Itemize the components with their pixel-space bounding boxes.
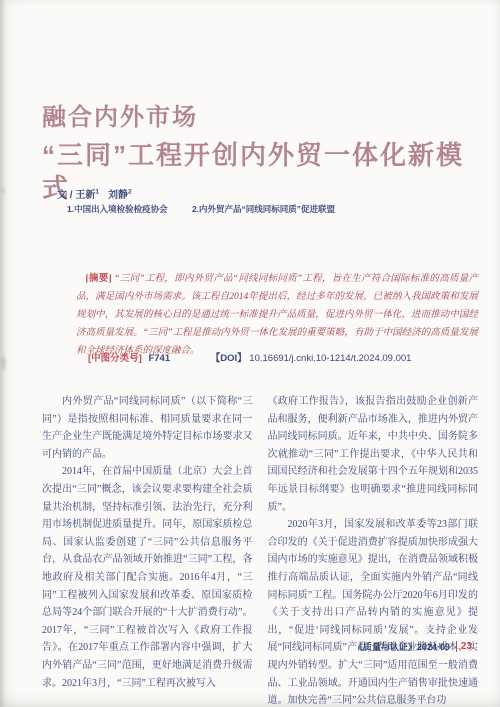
right-column: 《政府工作报告》，该报告指出鼓励企业创新产品和服务，便利新产品市场准入，推进内外… <box>268 393 479 707</box>
body-paragraph: 2020年3月，国家发展和改革委等23部门联合印发的《关于促进消费扩容提质加快形… <box>268 516 479 707</box>
abstract-text: “三同”工程，即内外贸产品“同线同标同质”工程，旨在生产符合国际标准的高质量产品… <box>76 274 478 356</box>
author-1-superscript: 1 <box>95 189 99 196</box>
page-footer: 《质量与认证》2024·09 23 <box>354 640 472 653</box>
classification-doi-line: [中图分类号] F741 【DOI】 10.16691/j.cnki.10-12… <box>88 350 411 364</box>
affiliation-2: 2.内外贸产品“同线同标同质”促进联盟 <box>192 204 335 214</box>
journal-issue-label: 《质量与认证》2024·09 <box>354 640 450 653</box>
clc-value: F741 <box>148 353 170 364</box>
clc-label: [中图分类号] <box>88 353 142 364</box>
doi-value: 10.16691/j.cnki.10-1214/t.2024.09.001 <box>249 353 411 364</box>
body-paragraph: 《政府工作报告》，该报告指出鼓励企业创新产品和服务，便利新产品市场准入，推进内外… <box>268 393 479 516</box>
footer-divider <box>456 641 457 652</box>
affiliation-1: 1.中国出入境检验检疫协会 <box>67 204 168 214</box>
abstract-block: [摘要] “三同”工程，即内外贸产品“同线同标同质”工程，旨在生产符合国际标准的… <box>76 270 478 360</box>
scan-smudge <box>2 188 5 194</box>
doi-label: 【DOI】 <box>211 353 247 364</box>
page-number: 23 <box>461 641 472 652</box>
body-paragraph: 内外贸产品“同线同标同质”（以下简称“三同”）是指按照相同标准、相同质量要求在同… <box>42 393 253 463</box>
byline: 文 / 王新1刘静2 <box>57 186 132 201</box>
author-1: 王新 <box>75 190 95 201</box>
author-2-superscript: 2 <box>128 189 132 196</box>
byline-prefix: 文 / <box>57 190 75 201</box>
author-2: 刘静 <box>108 190 128 201</box>
scan-smudge <box>1 356 6 370</box>
left-column: 内外贸产品“同线同标同质”（以下简称“三同”）是指按照相同标准、相同质量要求在同… <box>42 393 253 707</box>
body-paragraph: 2014年，在首届中国质量（北京）大会上首次提出“三同”概念，该会议要求要构建全… <box>42 463 253 692</box>
article-title-line1: 融合内外市场 <box>42 103 482 133</box>
body-columns: 内外贸产品“同线同标同质”（以下简称“三同”）是指按照相同标准、相同质量要求在同… <box>42 393 478 707</box>
abstract-label: [摘要] <box>86 274 115 284</box>
affiliations: 1.中国出入境检验检疫协会 2.内外贸产品“同线同标同质”促进联盟 <box>67 203 335 215</box>
magazine-page: 融合内外市场 “三同”工程开创内外贸一体化新模式 文 / 王新1刘静2 1.中国… <box>0 0 500 707</box>
